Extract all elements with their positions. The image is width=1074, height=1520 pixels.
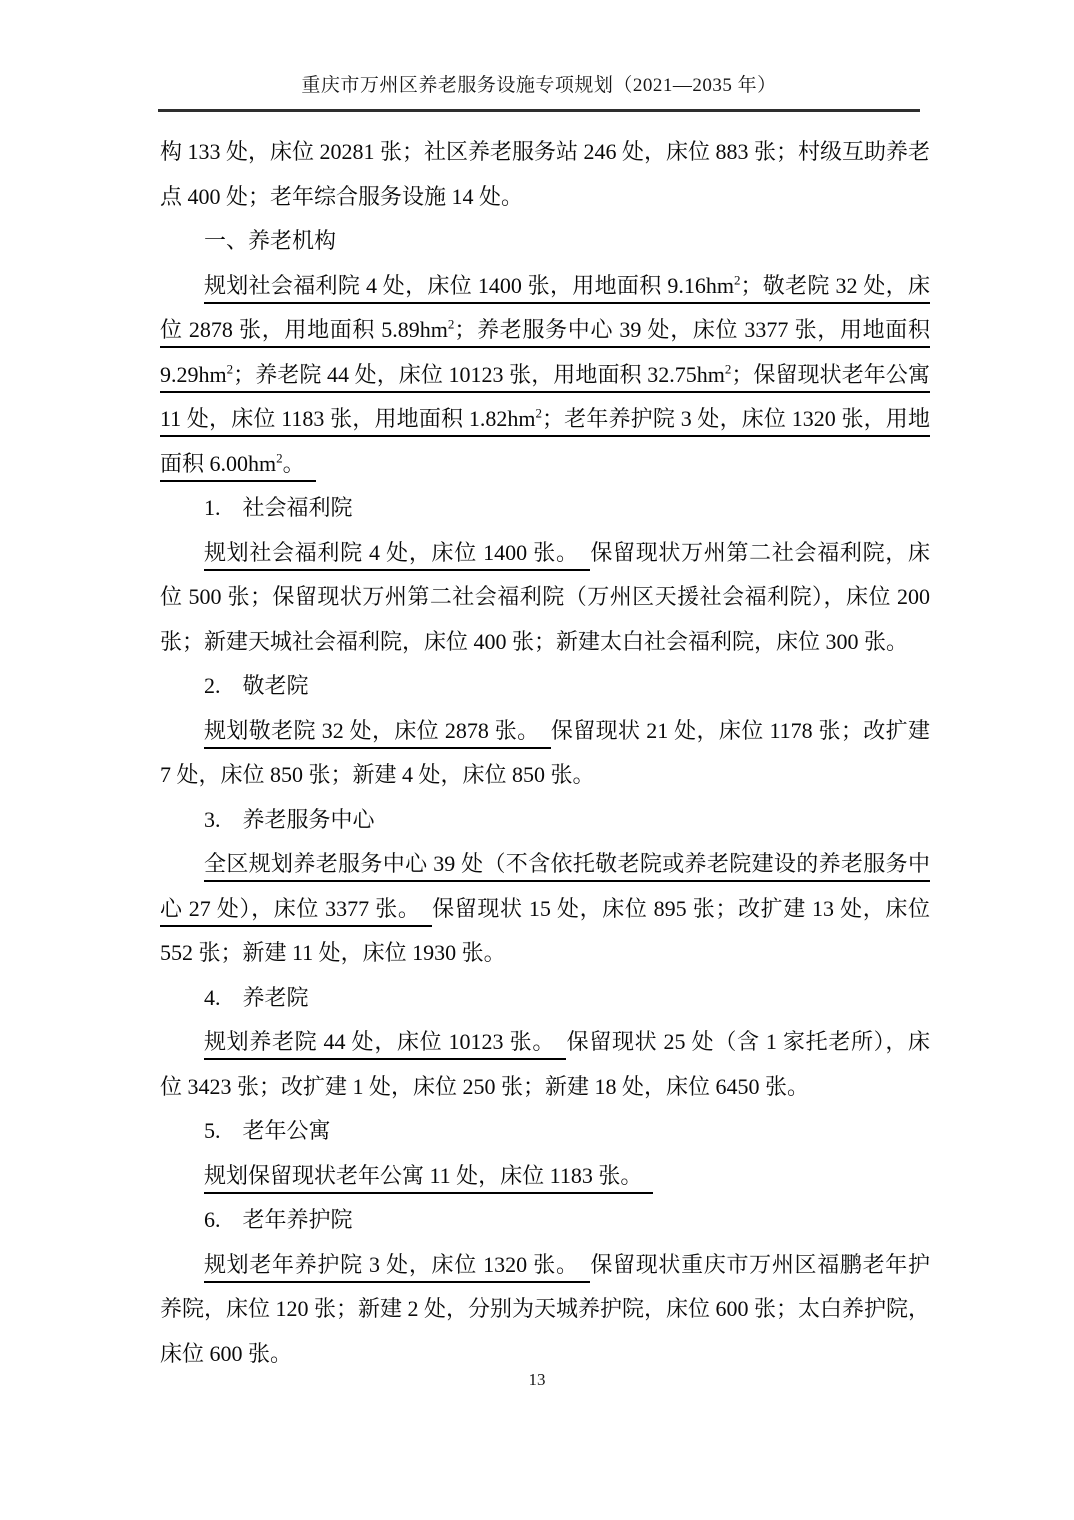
- section-heading: 4. 养老院: [160, 976, 930, 1021]
- text-segment: 构 133 处，床位 20281 张；社区养老服务站 246 处，床位 883 …: [160, 139, 930, 209]
- text-segment: 规划社会福利院 4 处，床位 1400 张，用地面积 9.16hm: [204, 273, 734, 304]
- section-heading: 2. 敬老院: [160, 664, 930, 709]
- paragraph: 规划社会福利院 4 处，床位 1400 张。 保留现状万州第二社会福利院，床位 …: [160, 531, 930, 665]
- section-heading: 1. 社会福利院: [160, 486, 930, 531]
- header-rule: [158, 109, 920, 112]
- page-number: 13: [529, 1370, 546, 1389]
- section-heading: 一、养老机构: [160, 219, 930, 264]
- paragraph: 规划老年养护院 3 处，床位 1320 张。 保留现状重庆市万州区福鹏老年护养院…: [160, 1243, 930, 1377]
- superscript-segment: 2: [535, 406, 542, 437]
- text-segment: 2. 敬老院: [204, 673, 309, 698]
- text-segment: 规划保留现状老年公寓 11 处，床位 1183 张。: [204, 1163, 653, 1194]
- text-segment: 6. 老年养护院: [204, 1207, 353, 1232]
- text-segment: 3. 养老服务中心: [204, 807, 375, 832]
- paragraph: 构 133 处，床位 20281 张；社区养老服务站 246 处，床位 883 …: [160, 130, 930, 219]
- paragraph: 全区规划养老服务中心 39 处（不含依托敬老院或养老院建设的养老服务中心 27 …: [160, 842, 930, 976]
- paragraph: 规划社会福利院 4 处，床位 1400 张，用地面积 9.16hm2；敬老院 3…: [160, 264, 930, 487]
- paragraph: 规划保留现状老年公寓 11 处，床位 1183 张。: [160, 1154, 930, 1199]
- header-title: 重庆市万州区养老服务设施专项规划（2021—2035 年）: [158, 0, 920, 97]
- text-segment: 5. 老年公寓: [204, 1118, 331, 1143]
- paragraph: 规划养老院 44 处，床位 10123 张。 保留现状 25 处（含 1 家托老…: [160, 1020, 930, 1109]
- section-heading: 3. 养老服务中心: [160, 798, 930, 843]
- superscript-segment: 2: [276, 451, 283, 482]
- text-segment: 。: [283, 451, 316, 482]
- text-segment: 一、养老机构: [204, 228, 336, 253]
- text-segment: ；养老院 44 处，床位 10123 张，用地面积 32.75hm: [233, 362, 725, 393]
- text-segment: 4. 养老院: [204, 985, 309, 1010]
- page-header: 重庆市万州区养老服务设施专项规划（2021—2035 年）: [158, 0, 920, 112]
- section-heading: 5. 老年公寓: [160, 1109, 930, 1154]
- document-page: 重庆市万州区养老服务设施专项规划（2021—2035 年） 构 133 处，床位…: [0, 0, 1074, 1520]
- page-footer: 13: [0, 1370, 1074, 1390]
- paragraph: 规划敬老院 32 处，床位 2878 张。 保留现状 21 处，床位 1178 …: [160, 709, 930, 798]
- section-heading: 6. 老年养护院: [160, 1198, 930, 1243]
- text-segment: 规划敬老院 32 处，床位 2878 张。: [204, 718, 551, 749]
- document-body: 构 133 处，床位 20281 张；社区养老服务站 246 处，床位 883 …: [160, 130, 930, 1376]
- text-segment: 规划老年养护院 3 处，床位 1320 张。: [204, 1252, 590, 1283]
- text-segment: 规划养老院 44 处，床位 10123 张。: [204, 1029, 566, 1060]
- text-segment: 1. 社会福利院: [204, 495, 353, 520]
- text-segment: 规划社会福利院 4 处，床位 1400 张。: [204, 540, 590, 571]
